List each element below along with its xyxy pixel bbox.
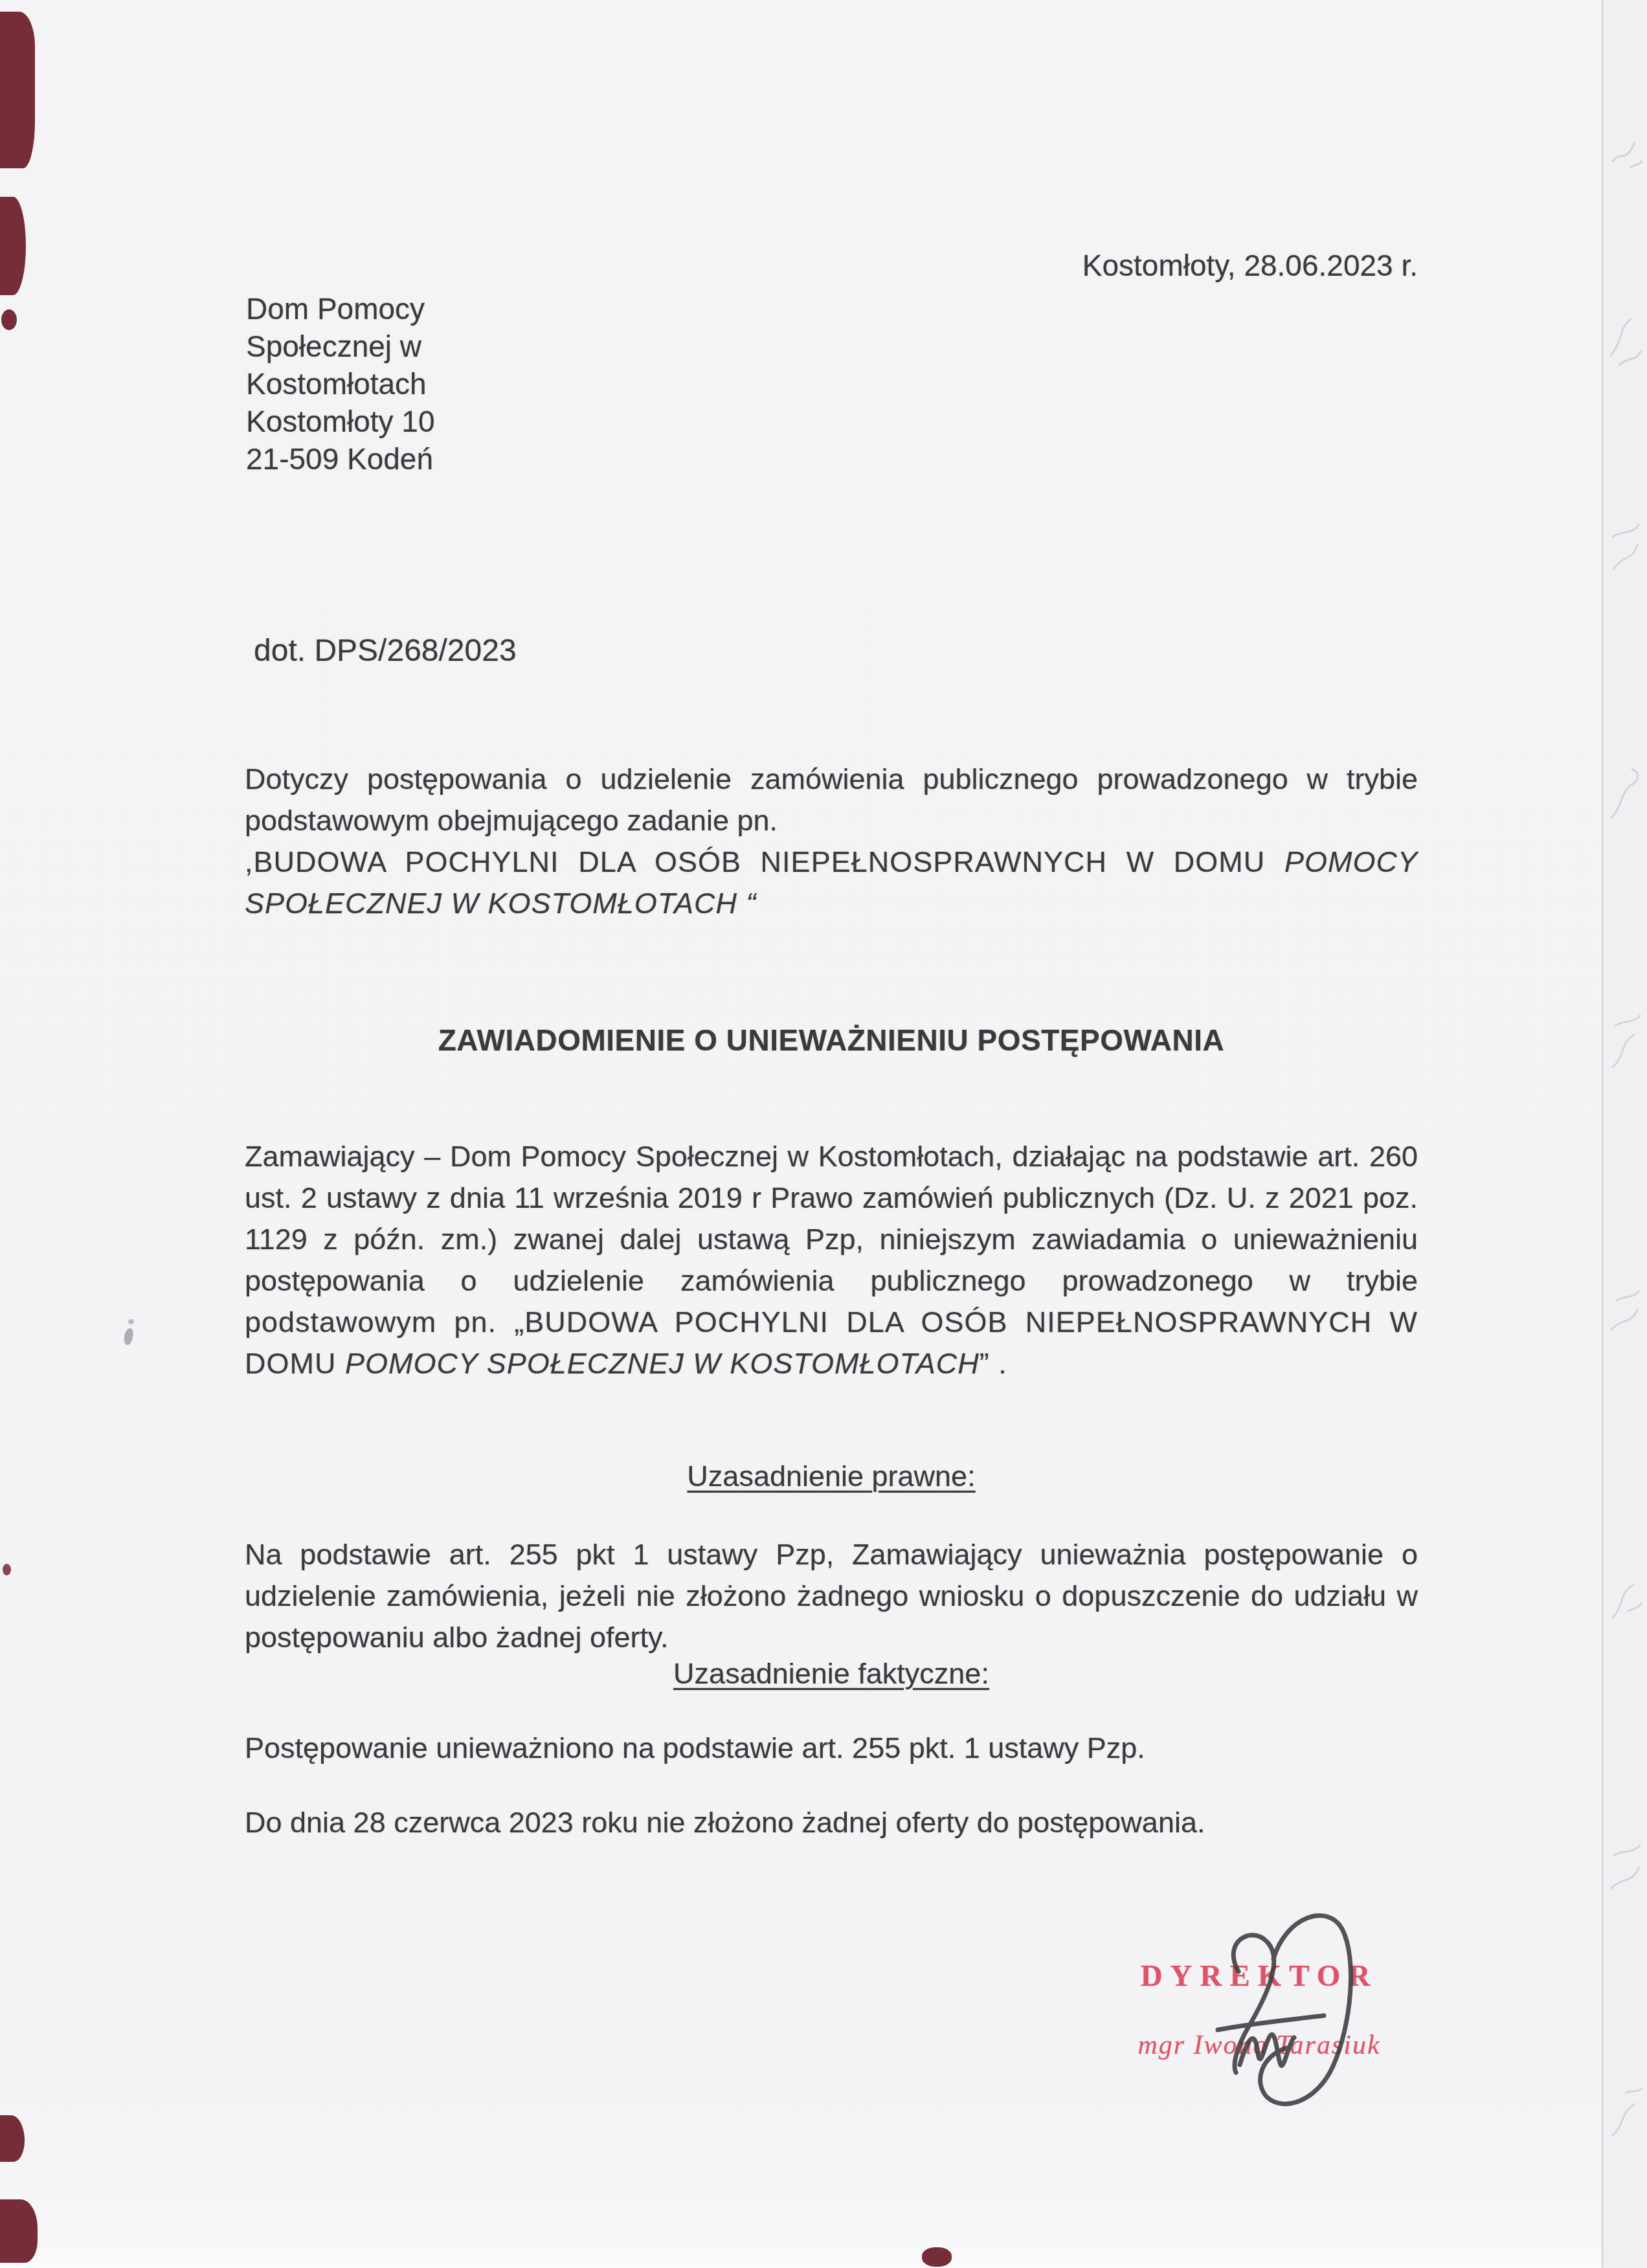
body-line: podstawowym pn. „BUDOWA POCHYLNI DLA OSÓ… [245, 1302, 1418, 1343]
scanned-letter-page: Kostomłoty, 28.06.2023 r. Dom Pomocy Spo… [0, 0, 1647, 2268]
subject-line: SPOŁECZNEJ W KOSTOMŁOTACH “ [245, 883, 1418, 924]
document-title: ZAWIADOMIENIE O UNIEWAŻNIENIU POSTĘPOWAN… [245, 1023, 1418, 1058]
body-line: 1129 z późn. zm.) zwanej dalej ustawą Pz… [245, 1219, 1418, 1260]
legal-line: udzielenie zamówienia, jeżeli nie złożon… [245, 1575, 1418, 1617]
scan-scratch-mark [1606, 1010, 1644, 1074]
scan-scratch-mark [1606, 1282, 1644, 1340]
sender-line: Dom Pomocy [246, 290, 434, 328]
scan-smudge-mark [123, 1328, 133, 1346]
factual-paragraph-2: Do dnia 28 czerwca 2023 roku nie złożono… [245, 1806, 1205, 1840]
reference-number: dot. DPS/268/2023 [254, 633, 517, 669]
main-paragraph: Zamawiający – Dom Pomocy Społecznej w Ko… [245, 1136, 1418, 1384]
sender-line: 21-509 Kodeń [246, 440, 434, 478]
scan-scratch-mark [1606, 518, 1644, 576]
scan-scratch-mark [1606, 764, 1644, 828]
ink-edge-artifact [0, 2115, 25, 2162]
scan-smudge-dot [128, 1319, 134, 1324]
ink-edge-artifact [1, 309, 17, 330]
factual-paragraph-1: Postępowanie unieważniono na podstawie a… [245, 1731, 1145, 1765]
subject-line: podstawowym obejmującego zadanie pn. [245, 800, 1418, 841]
ink-edge-artifact [0, 12, 35, 168]
scan-scratch-mark [1606, 1838, 1644, 1896]
scan-scratch-mark [1606, 311, 1644, 369]
subject-line: ,BUDOWA POCHYLNI DLA OSÓB NIEPEŁNOSPRAWN… [245, 841, 1418, 883]
body-line: postępowania o udzielenie zamówienia pub… [245, 1260, 1418, 1302]
ink-edge-artifact [0, 197, 26, 295]
sender-address: Dom Pomocy Społecznej w Kostomłotach Kos… [246, 290, 434, 478]
sender-line: Społecznej w [246, 328, 434, 365]
scan-scratch-mark [1606, 2084, 1644, 2142]
legal-line: postępowaniu albo żadnej oferty. [245, 1617, 1418, 1658]
legal-grounds-heading: Uzasadnienie prawne: [245, 1460, 1418, 1493]
ink-bottom-artifact [922, 2247, 952, 2267]
subject-paragraph: Dotyczy postępowania o udzielenie zamówi… [245, 759, 1418, 924]
body-line: DOMU POMOCY SPOŁECZNEJ W KOSTOMŁOTACH” . [245, 1343, 1418, 1384]
date-line: Kostomłoty, 28.06.2023 r. [245, 248, 1418, 283]
sender-line: Kostomłoty 10 [246, 403, 434, 440]
body-line: ust. 2 ustawy z dnia 11 września 2019 r … [245, 1177, 1418, 1219]
scan-scratch-mark [1606, 129, 1644, 175]
subject-line: Dotyczy postępowania o udzielenie zamówi… [245, 759, 1418, 800]
ink-edge-artifact [3, 1564, 11, 1575]
scan-scratch-mark [1606, 1566, 1644, 1625]
ink-edge-artifact [0, 2199, 38, 2263]
legal-line: Na podstawie art. 255 pkt 1 ustawy Pzp, … [245, 1534, 1418, 1575]
legal-grounds-paragraph: Na podstawie art. 255 pkt 1 ustawy Pzp, … [245, 1534, 1418, 1658]
scan-edge-band [1602, 0, 1647, 2268]
body-line: Zamawiający – Dom Pomocy Społecznej w Ko… [245, 1136, 1418, 1177]
handwritten-signature [1175, 1902, 1376, 2109]
factual-grounds-heading: Uzasadnienie faktyczne: [245, 1657, 1418, 1691]
sender-line: Kostomłotach [246, 365, 434, 403]
